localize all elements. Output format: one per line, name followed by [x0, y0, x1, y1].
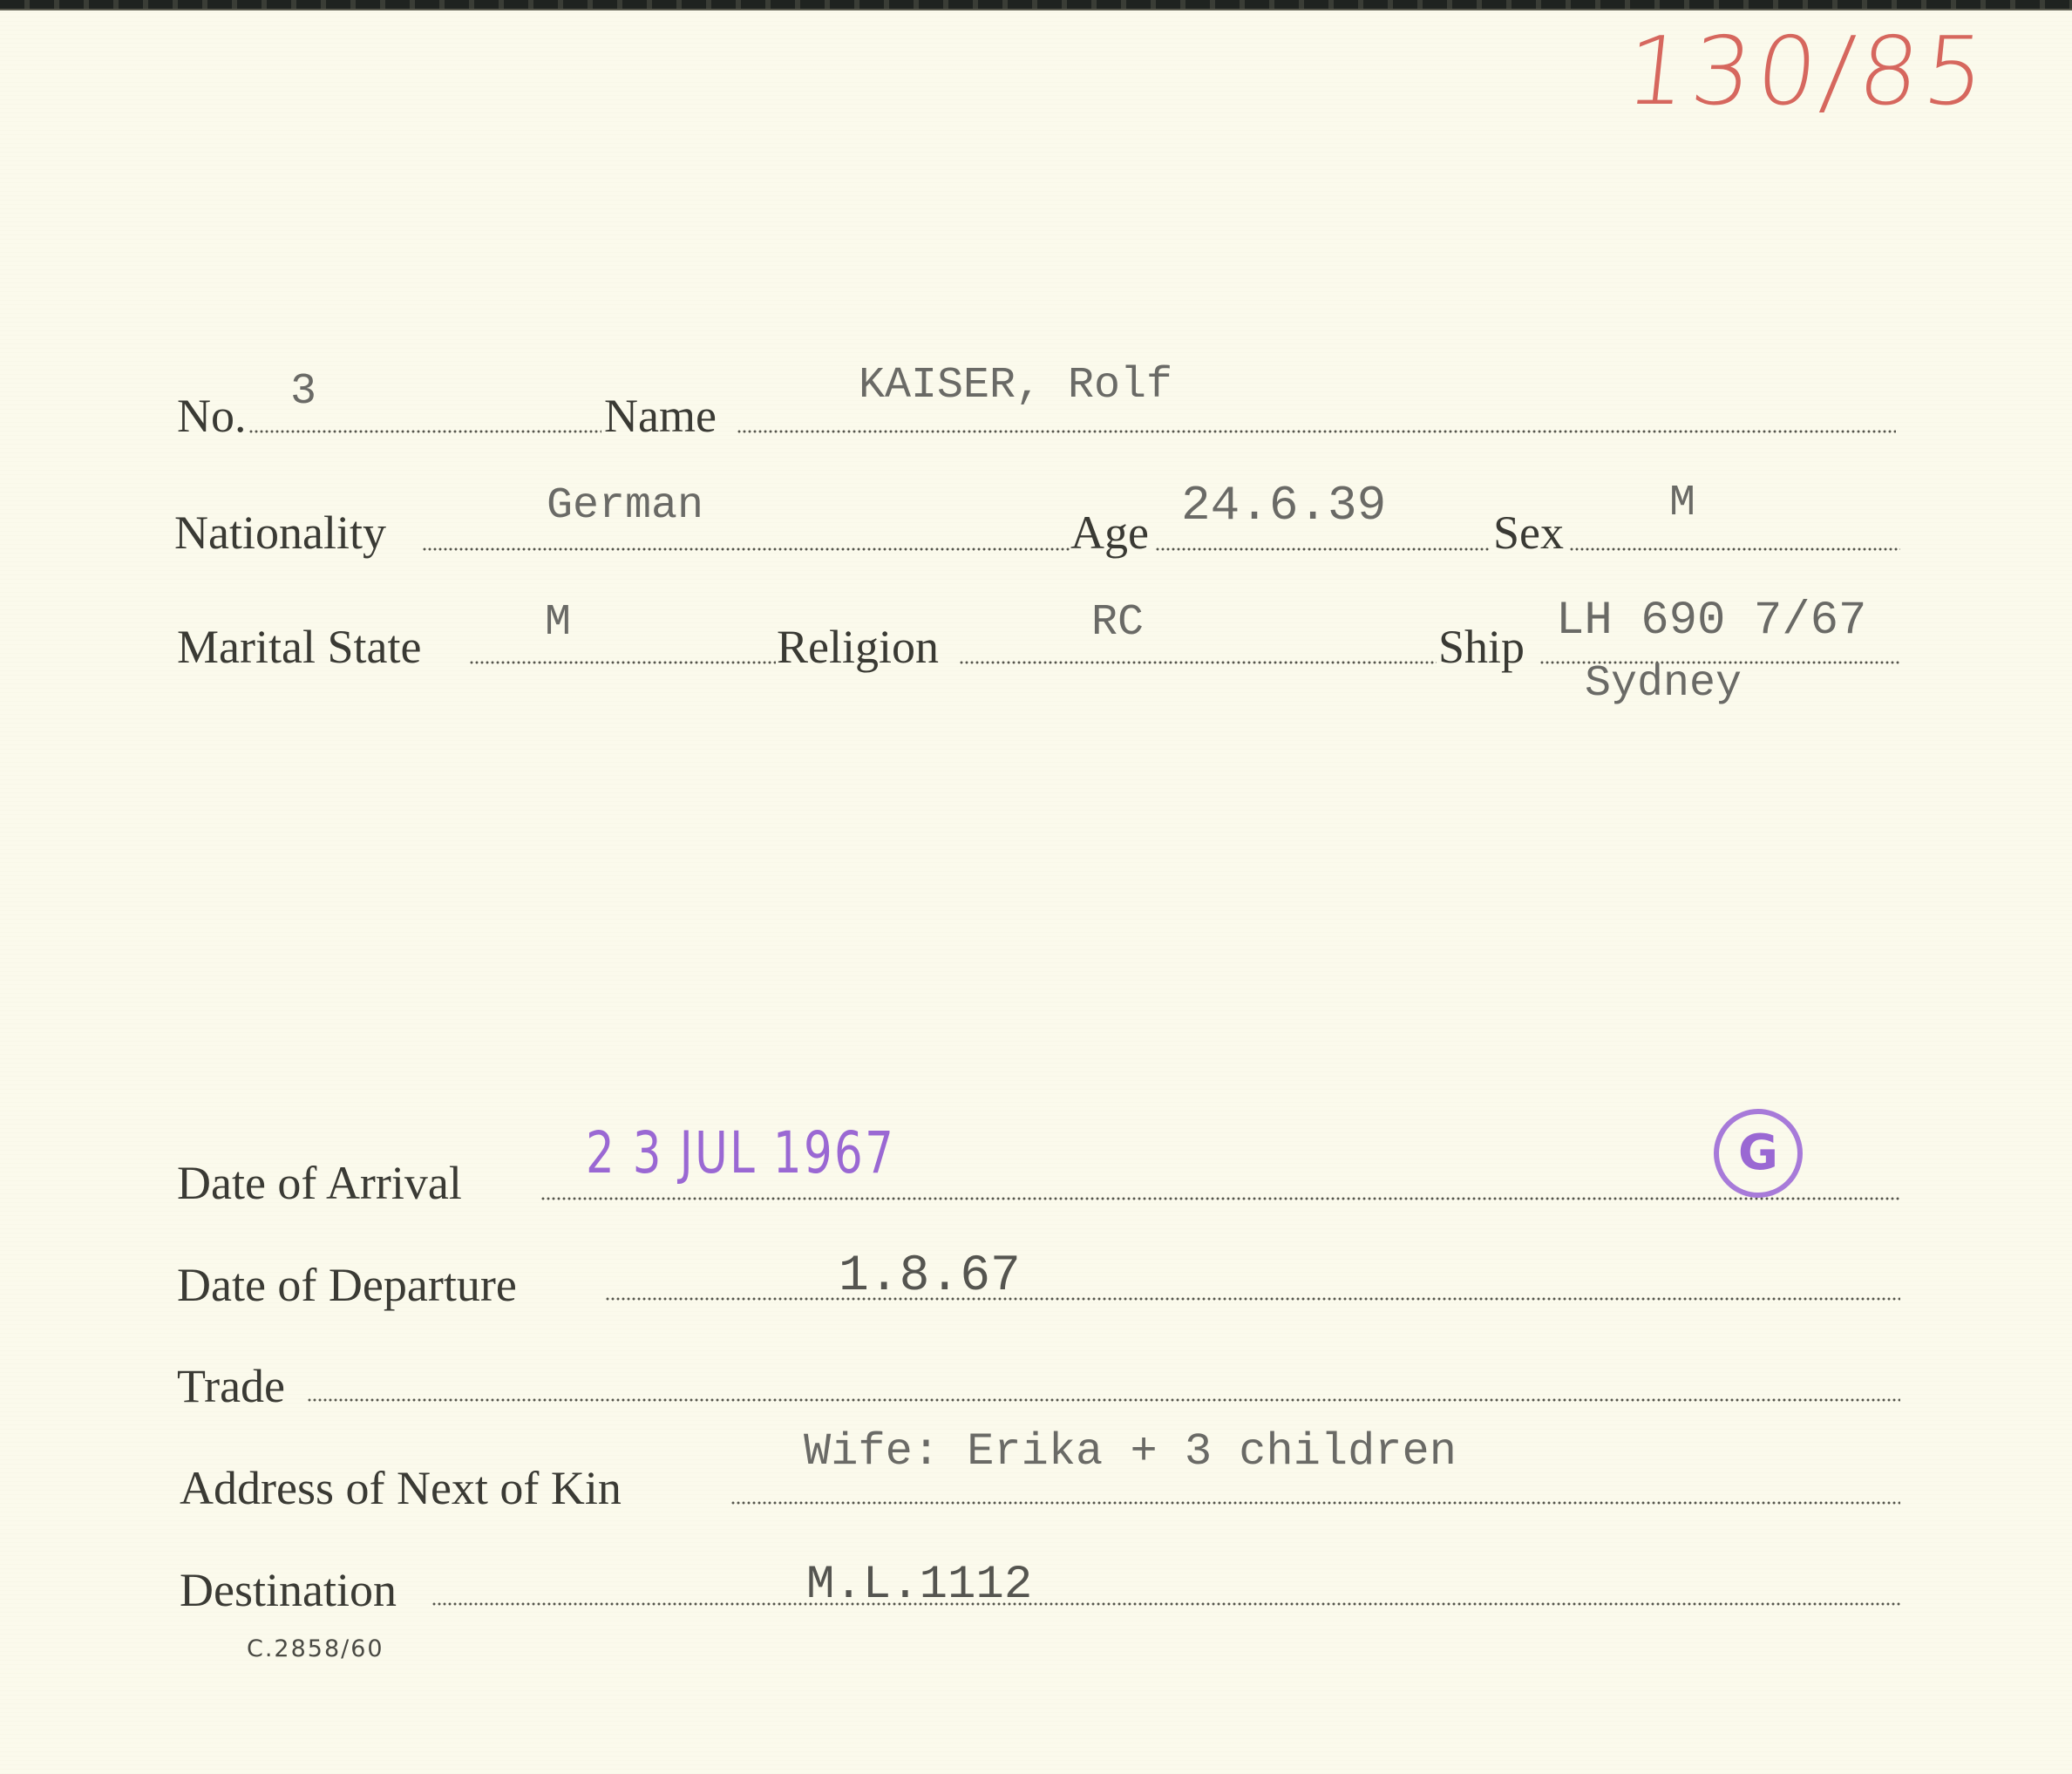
- date-of-departure-label: Date of Departure: [177, 1261, 517, 1308]
- next-of-kin-dotted-line: [730, 1501, 1900, 1505]
- religion-label: Religion: [777, 623, 939, 670]
- sex-dotted-line: [1569, 547, 1900, 551]
- next-of-kin-value: Wife: Erika + 3 children: [804, 1430, 1457, 1475]
- ship-value: LH 690 7/67: [1556, 598, 1866, 645]
- destination-dotted-line: [431, 1602, 1900, 1606]
- no-value: 3: [290, 370, 316, 414]
- name-label: Name: [604, 392, 717, 439]
- form-code: C.2858/60: [247, 1635, 384, 1662]
- marital-state-value: M: [545, 602, 571, 645]
- ship-value-line2: Sydney: [1585, 663, 1742, 706]
- card-top-edge: [0, 0, 2072, 10]
- next-of-kin-label: Address of Next of Kin: [180, 1465, 622, 1512]
- name-value: KAISER, Rolf: [859, 364, 1172, 408]
- trade-label: Trade: [177, 1363, 285, 1410]
- arrival-date-stamp: 2 3 JUL 1967: [586, 1119, 895, 1186]
- ship-label: Ship: [1438, 623, 1525, 670]
- religion-value: RC: [1091, 602, 1144, 645]
- marital-state-dotted-line: [469, 661, 776, 664]
- nationality-label: Nationality: [174, 509, 386, 556]
- name-dotted-line: [737, 430, 1896, 433]
- religion-dotted-line: [959, 661, 1437, 664]
- marital-state-label: Marital State: [177, 623, 421, 670]
- handwritten-reference-number: 130/85: [1620, 17, 1994, 126]
- destination-label: Destination: [180, 1567, 397, 1614]
- date-of-arrival-label: Date of Arrival: [177, 1159, 462, 1206]
- nationality-value: German: [547, 485, 703, 528]
- destination-value: M.L.1112: [806, 1562, 1032, 1609]
- date-of-arrival-dotted-line: [540, 1197, 1900, 1200]
- age-dotted-line: [1155, 547, 1491, 551]
- no-label: No.: [177, 392, 247, 439]
- sex-label: Sex: [1493, 509, 1564, 556]
- sex-value: M: [1669, 482, 1695, 526]
- age-label: Age: [1070, 509, 1149, 556]
- no-dotted-line: [248, 430, 601, 433]
- nationality-dotted-line: [422, 547, 1071, 551]
- trade-dotted-line: [307, 1398, 1900, 1402]
- age-value: 24.6.39: [1181, 481, 1386, 530]
- date-of-departure-value: 1.8.67: [839, 1252, 1021, 1302]
- g-circle-stamp: G: [1714, 1109, 1803, 1198]
- date-of-departure-dotted-line: [605, 1297, 1900, 1301]
- immigration-record-card: 130/85 No. 3 Name KAISER, Rolf Nationali…: [0, 0, 2072, 1774]
